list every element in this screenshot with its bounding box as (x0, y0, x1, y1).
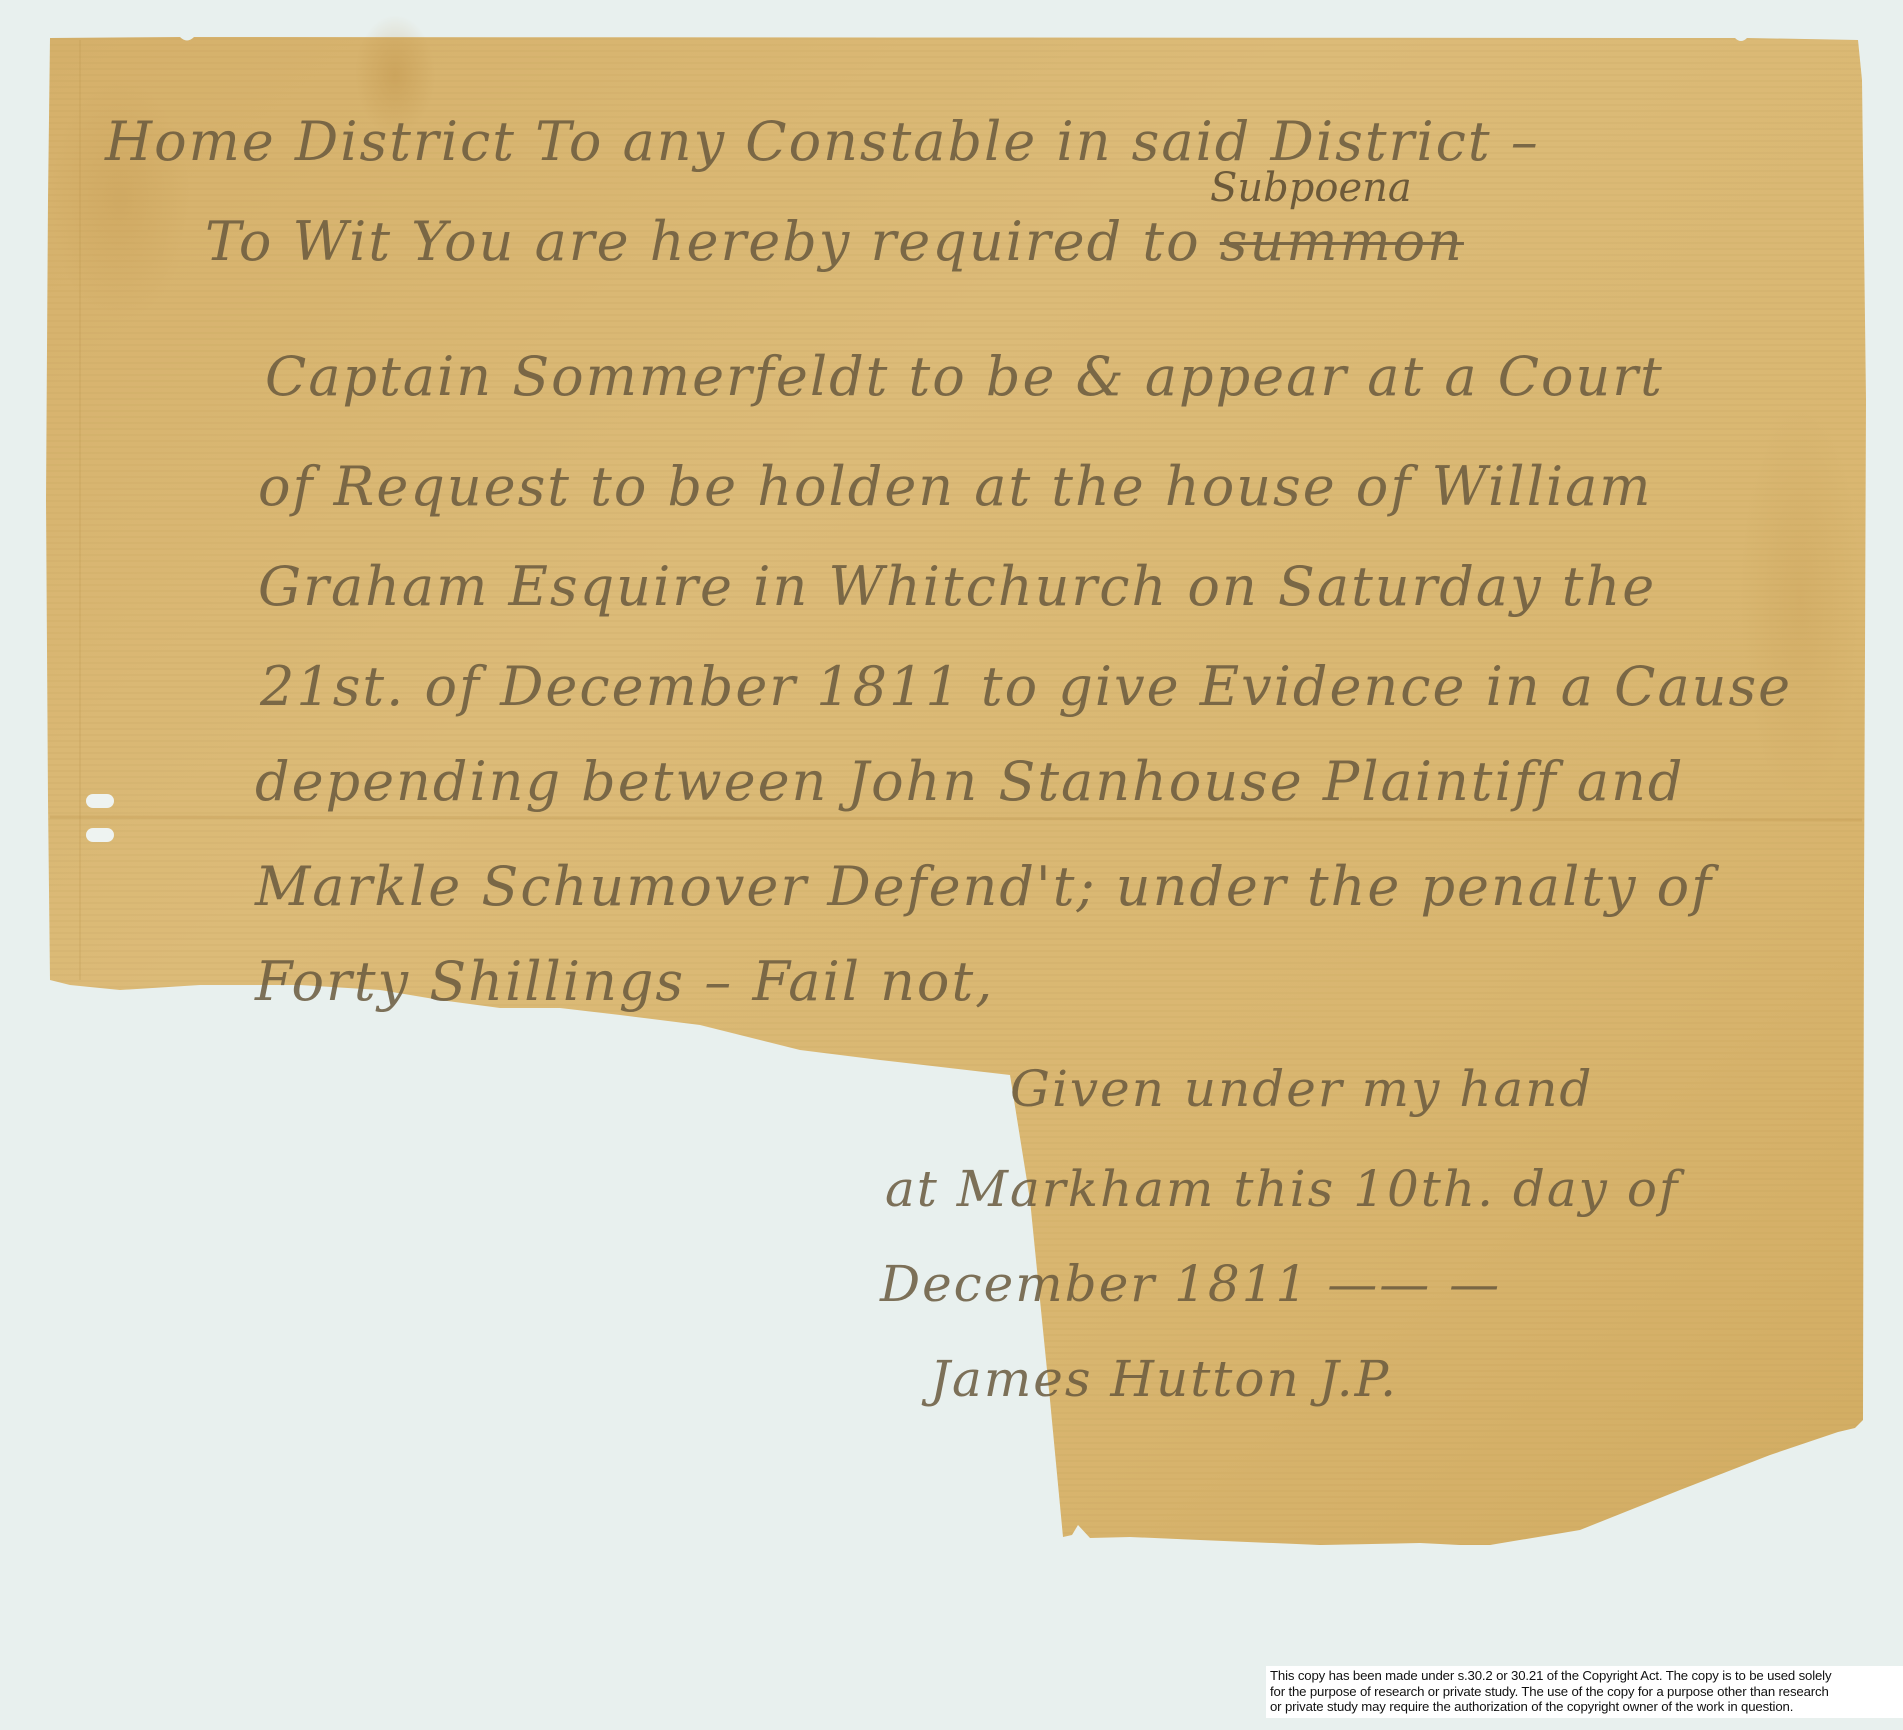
closing-line-1: Given under my hand (1010, 1060, 1593, 1118)
line-2: To Wit You are hereby required to summon (205, 210, 1464, 273)
document-scan: Home District To any Constable in said D… (0, 0, 1903, 1730)
interlinear-insertion: Subpoena (1210, 165, 1412, 211)
closing-line-3: December 1811 —— — (880, 1255, 1501, 1313)
line-4: of Request to be holden at the house of … (258, 455, 1653, 518)
line-2-text: To Wit You are hereby required to (205, 210, 1220, 273)
copyright-notice-line: for the purpose of research or private s… (1270, 1684, 1899, 1700)
line-8: Markle Schumover Defend't; under the pen… (255, 855, 1713, 918)
copyright-notice-line: This copy has been made under s.30.2 or … (1270, 1668, 1899, 1684)
signature: James Hutton J.P. (930, 1350, 1398, 1408)
line-6: 21st. of December 1811 to give Evidence … (260, 655, 1792, 718)
copyright-notice: This copy has been made under s.30.2 or … (1266, 1666, 1903, 1718)
line-9: Forty Shillings – Fail not, (255, 950, 994, 1013)
closing-line-2: at Markham this 10th. day of (885, 1160, 1679, 1218)
copyright-notice-line: or private study may require the authori… (1270, 1699, 1899, 1715)
line-3: Captain Sommerfeldt to be & appear at a … (265, 345, 1664, 408)
handwritten-text: Home District To any Constable in said D… (0, 0, 1903, 1730)
line-1: Home District To any Constable in said D… (105, 110, 1540, 173)
struck-word: summon (1220, 210, 1464, 273)
line-7: depending between John Stanhouse Plainti… (255, 750, 1684, 813)
line-5: Graham Esquire in Whitchurch on Saturday… (258, 555, 1656, 618)
